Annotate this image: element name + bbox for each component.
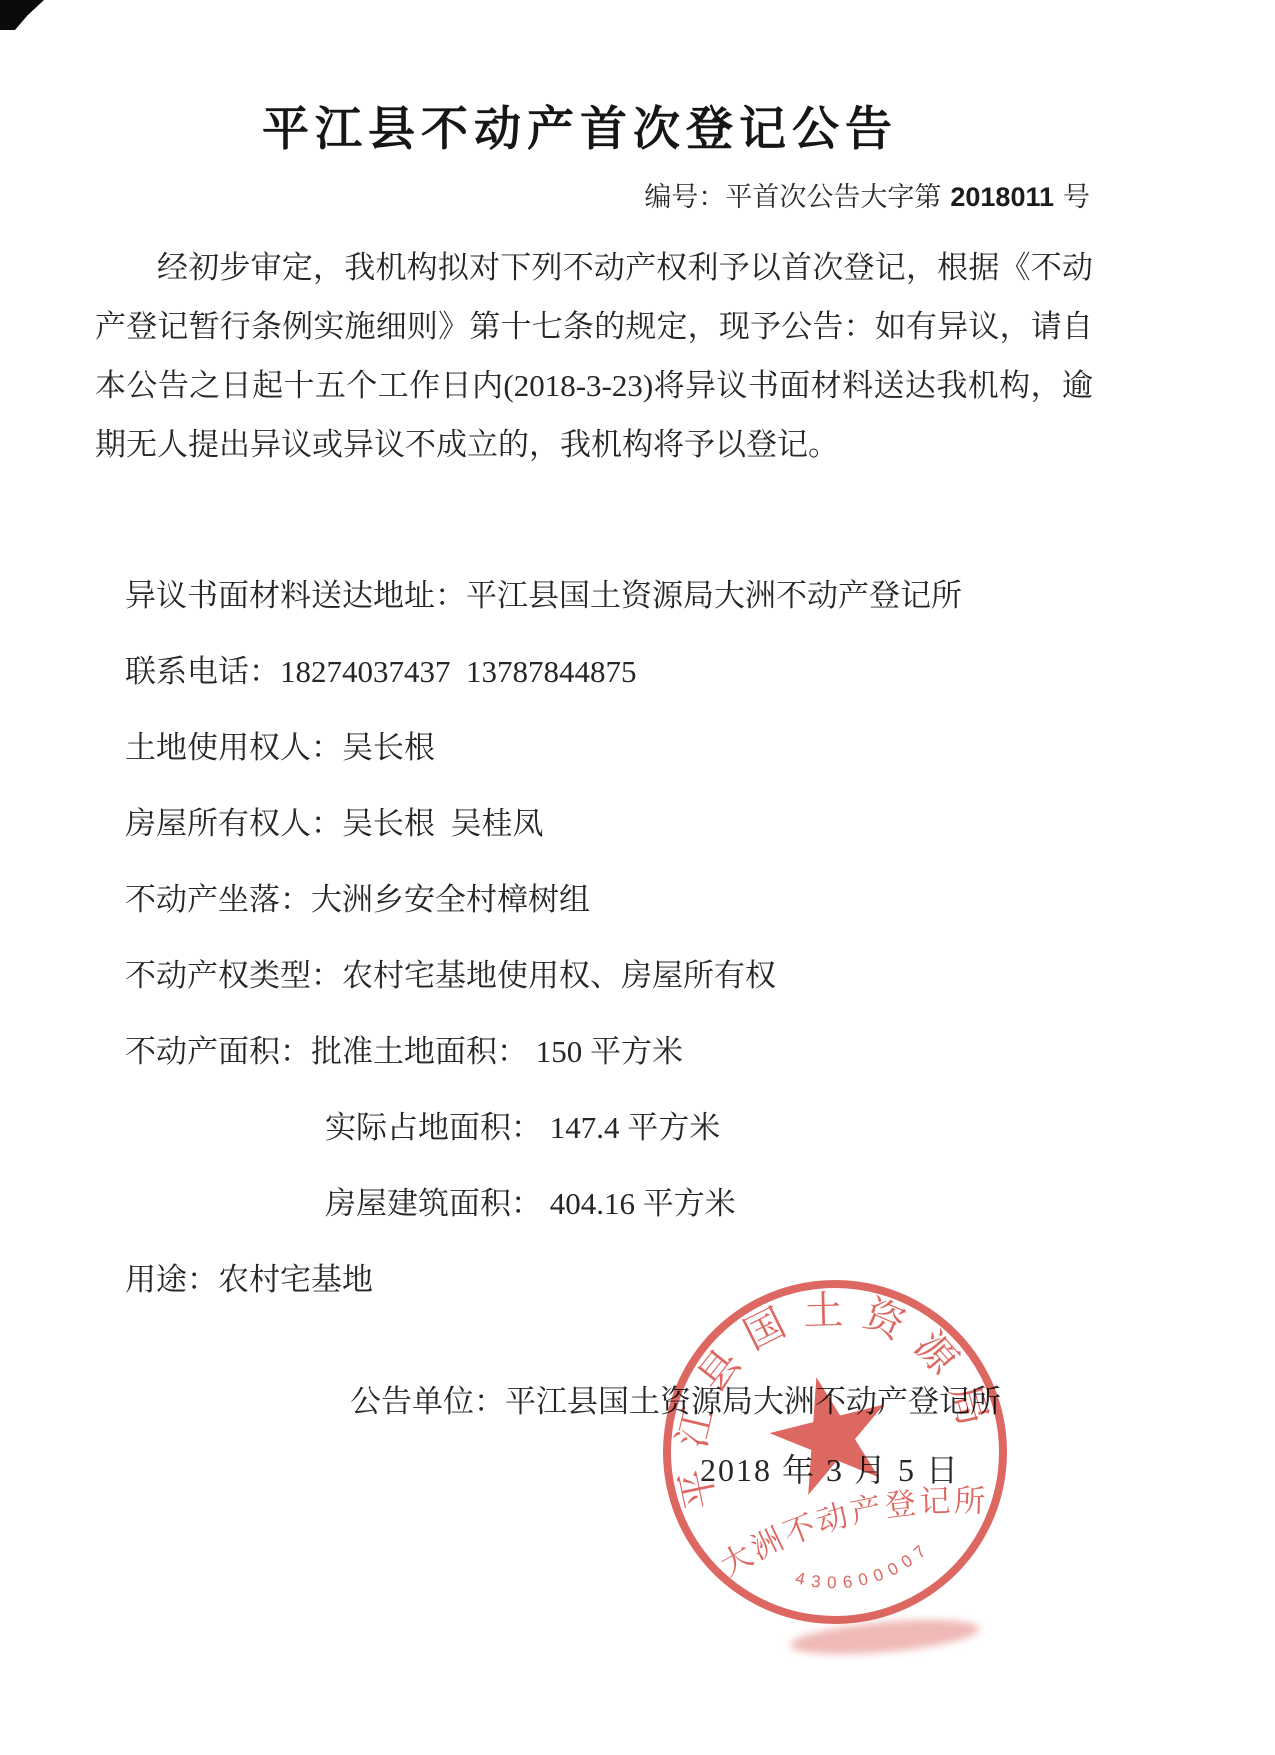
detail-row-area-actual: 实际占地面积： 147.4 平方米 [325, 1090, 1135, 1166]
svg-text:430600007: 430600007 [790, 1535, 940, 1605]
detail-row-location: 不动产坐落：大洲乡安全村樟树组 [125, 862, 1135, 938]
date-line: 2018 年 3 月 5 日 [700, 1445, 1275, 1491]
page-title: 平江县不动产首次登记公告 [0, 92, 1160, 159]
notice-body-paragraph: 经初步审定，我机构拟对下列不动产权利予以首次登记，根据《不动产登记暂行条例实施细… [95, 238, 1093, 474]
detail-row-address: 异议书面材料送达地址：平江县国土资源局大洲不动产登记所 [125, 558, 1135, 634]
doc-number-value: 2018011 [950, 182, 1054, 212]
notice-document-page: 平江县不动产首次登记公告 编号：平首次公告大字第2018011号 经初步审定，我… [0, 0, 1275, 1755]
detail-row-area-building: 房屋建筑面积： 404.16 平方米 [325, 1166, 1135, 1242]
detail-row-land-user: 土地使用权人：吴长根 [125, 710, 1135, 786]
scan-corner-artifact [0, 0, 44, 30]
detail-row-house-owner: 房屋所有权人：吴长根 吴桂凤 [125, 786, 1135, 862]
seal-ink-smudge [789, 1614, 981, 1660]
detail-row-usage: 用途：农村宅基地 [125, 1242, 1135, 1318]
detail-list: 异议书面材料送达地址：平江县国土资源局大洲不动产登记所 联系电话：1827403… [125, 558, 1135, 1318]
detail-row-phone: 联系电话：18274037437 13787844875 [125, 634, 1135, 710]
detail-row-area-approved: 不动产面积：批准土地面积： 150 平方米 [125, 1014, 1135, 1090]
doc-number-suffix: 号 [1063, 182, 1090, 212]
doc-number-label: 编号：平首次公告大字第 [644, 182, 941, 212]
issuer-line: 公告单位：平江县国土资源局大洲不动产登记所 [350, 1376, 1275, 1421]
doc-number-line: 编号：平首次公告大字第2018011号 [0, 175, 1275, 214]
seal-code: 430600007 [790, 1535, 940, 1605]
detail-row-right-type: 不动产权类型：农村宅基地使用权、房屋所有权 [125, 938, 1135, 1014]
